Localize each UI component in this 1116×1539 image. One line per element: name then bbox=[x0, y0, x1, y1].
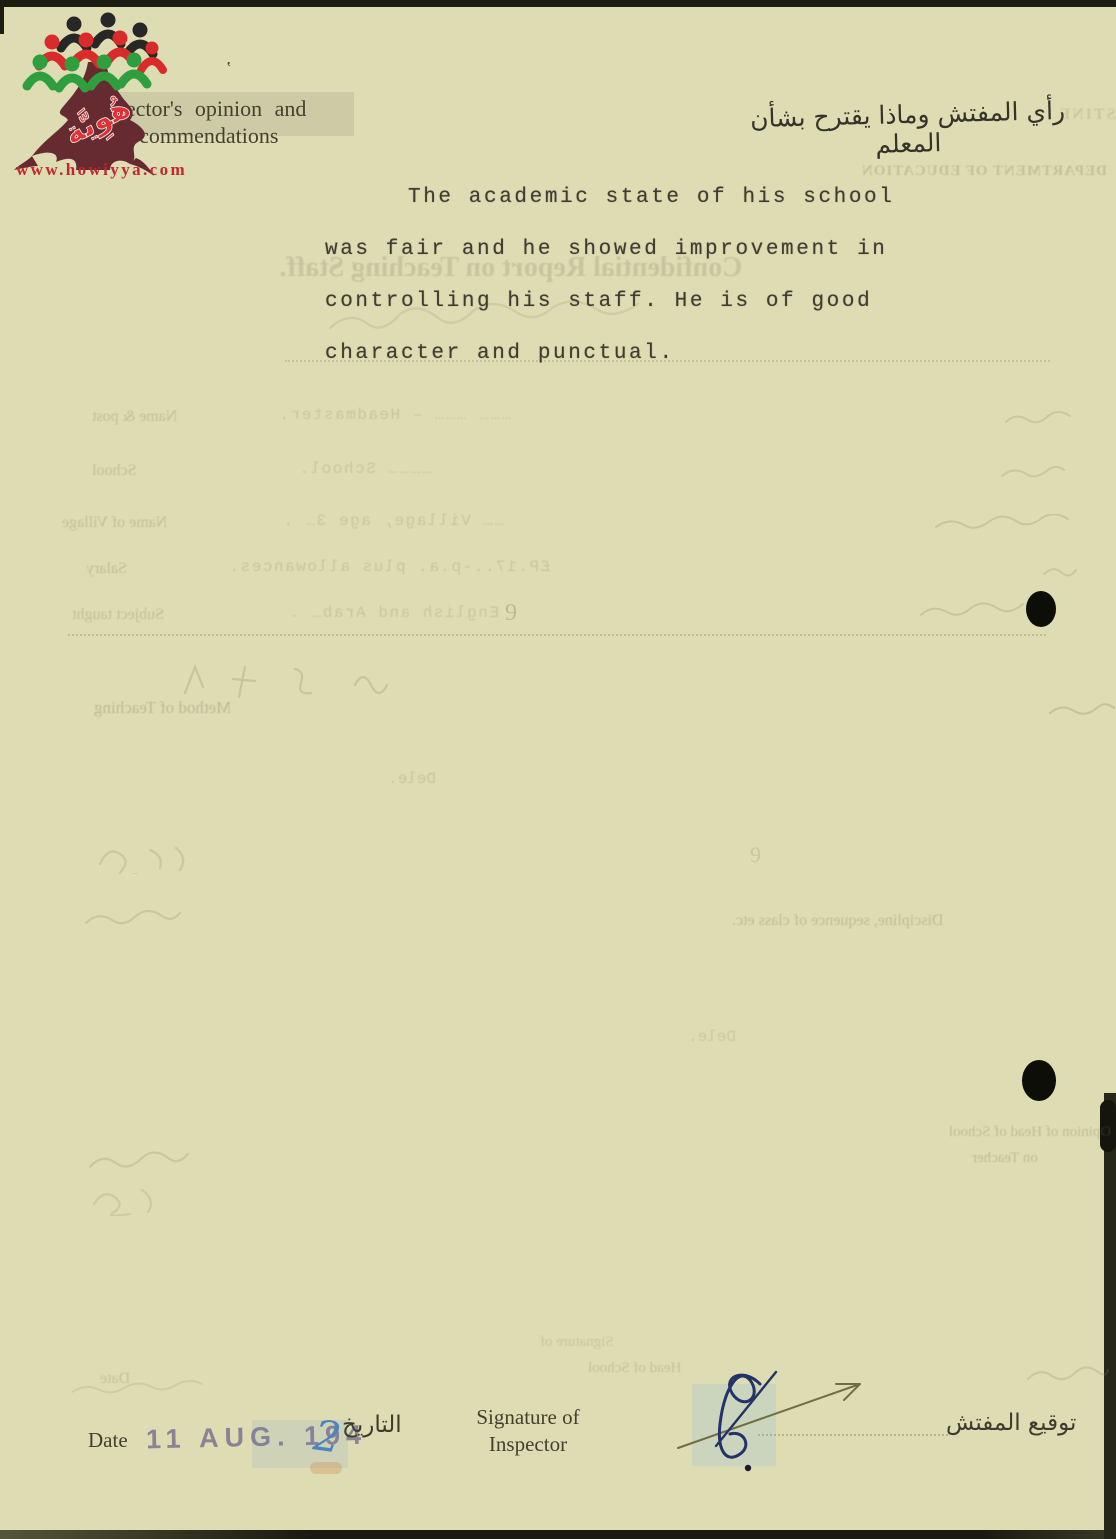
signature-dotted-line bbox=[758, 1434, 948, 1436]
bleedthrough-row-value: ……… ……… – Headmaster. bbox=[278, 406, 511, 424]
faint-arabic-mark bbox=[80, 906, 184, 932]
faint-arabic-mark bbox=[1002, 410, 1074, 428]
scanned-document-page: PALESTINE DEPARTMENT OF EDUCATION Confid… bbox=[0, 0, 1116, 1539]
bleedthrough-row-value: £P.17..-p.a. plus allowances. bbox=[228, 558, 550, 576]
faint-arabic-mark bbox=[998, 464, 1066, 482]
bleedthrough-row-value: English and Arab… . bbox=[288, 604, 499, 622]
bleedthrough-dele: Dele. bbox=[388, 770, 436, 788]
faint-arabic-mark bbox=[915, 600, 1035, 624]
inspector-signature-label-ar: توقيع المفتش bbox=[946, 1410, 1076, 1436]
bleedthrough-dele: Dele. bbox=[688, 1028, 736, 1046]
bleedthrough-sig-head-line1: Signature of bbox=[540, 1334, 614, 1351]
faint-handwriting-mark bbox=[92, 840, 202, 874]
hole-punch-top bbox=[1026, 591, 1056, 627]
bleedthrough-row-label: Salary bbox=[86, 560, 127, 578]
report-line-4: character and punctual. bbox=[325, 342, 675, 365]
bleedthrough-opinion-line1: Opinion of Head of School bbox=[944, 1124, 1116, 1141]
report-line-2: was fair and he showed improvement in bbox=[325, 238, 887, 261]
report-line-1: The academic state of his school bbox=[408, 186, 894, 209]
faint-handwritten-nine: 9 bbox=[505, 600, 517, 627]
sig-label-line1: Signature of bbox=[452, 1404, 604, 1431]
howiyya-logo-tree-icon: هُوِيَّة bbox=[12, 8, 172, 180]
scan-edge-bottom bbox=[0, 1530, 1116, 1539]
faint-handwriting-mark bbox=[86, 1182, 170, 1216]
scan-edge-left-corner bbox=[0, 0, 4, 34]
scan-edge-top bbox=[0, 0, 1116, 7]
bleedthrough-row-value: ………… School. bbox=[298, 460, 431, 478]
watermark-url: www.howiyya.com bbox=[16, 160, 187, 180]
date-label-ar: التاريخ bbox=[342, 1412, 402, 1438]
faint-arabic-mark bbox=[66, 1380, 216, 1400]
bleedthrough-row-value: …… Village, age 3… . bbox=[282, 512, 504, 530]
bleedthrough-row-label: School bbox=[92, 462, 136, 480]
faint-handwritten-nine: 9 bbox=[750, 842, 761, 868]
scan-edge-right bbox=[1104, 1093, 1116, 1539]
faint-arabic-mark bbox=[1046, 700, 1116, 720]
report-line-3: controlling his staff. He is of good bbox=[325, 290, 872, 313]
sig-label-line2: Inspector bbox=[452, 1431, 604, 1458]
faint-arabic-mark bbox=[930, 514, 1080, 534]
faint-arabic-mark bbox=[1022, 1362, 1112, 1388]
bleedthrough-row-label: Name & post bbox=[92, 408, 177, 426]
stray-apostrophe-mark: ‛ bbox=[226, 58, 232, 78]
bleedthrough-row-label: Name of Village bbox=[62, 514, 167, 532]
signature-of-inspector-label: Signature of Inspector bbox=[452, 1404, 604, 1458]
hole-punch-bottom bbox=[1022, 1060, 1056, 1101]
bleedthrough-opinion-line2: on Teacher bbox=[972, 1150, 1038, 1167]
bleedthrough-discipline-label: Discipline, sequence of class etc. bbox=[732, 912, 943, 930]
header-label-ar: رأي المفتش وماذا يقترح بشأن المعلم bbox=[749, 96, 1066, 162]
scan-orange-smudge bbox=[310, 1462, 342, 1474]
faint-arabic-mark bbox=[84, 1145, 194, 1179]
bleedthrough-department: DEPARTMENT OF EDUCATION bbox=[845, 163, 1107, 180]
bleedthrough-row-label: Subject taught bbox=[72, 606, 164, 624]
faint-arabic-mark bbox=[1040, 562, 1080, 580]
bleedthrough-method-label: Method of Teaching bbox=[94, 698, 231, 718]
date-label: Date bbox=[88, 1428, 128, 1453]
people-black bbox=[61, 13, 153, 54]
inspector-signature-scribble bbox=[664, 1362, 874, 1478]
dotted-rule bbox=[68, 634, 1046, 636]
